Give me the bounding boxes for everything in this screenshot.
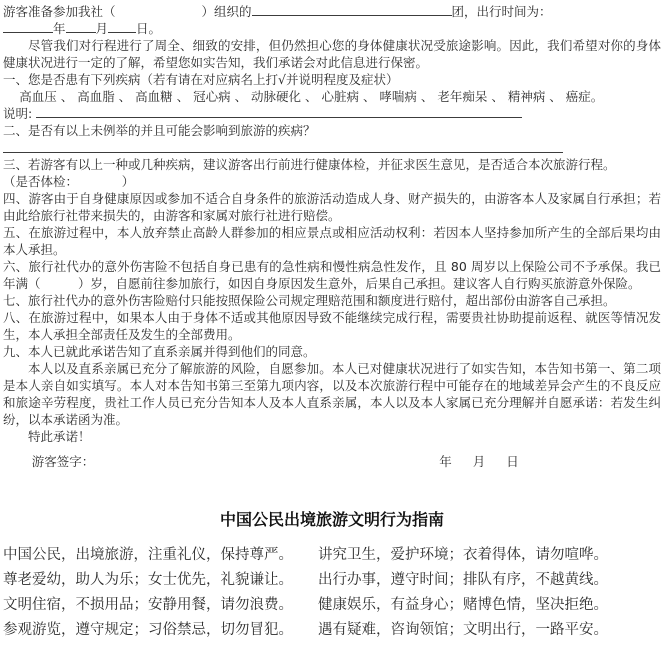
month-blank	[66, 20, 96, 33]
preamble-paragraph: 尽管我们对行程进行了周全、细致的安排，但仍然担心您的身体健康状况受旅途影响。因此…	[3, 37, 661, 71]
intro-line: 游客准备参加我社（）组织的团，出行时间为：	[3, 3, 661, 20]
item-4: 四、游客由于自身健康原因或参加不适合自身条件的旅游活动造成人身、财产损失的，由游…	[3, 190, 661, 224]
sig-month-label: 月	[473, 453, 486, 470]
item-9: 九、本人已就此承诺告知了直系亲属并得到他们的同意。	[3, 343, 661, 360]
item-5: 五、在旅游过程中，本人放弃禁止高龄人群参加的相应景点或相应活动权利：若因本人坚持…	[3, 224, 661, 258]
item-3: 三、若游客有以上一种或几种疾病，建议游客出行前进行健康体检，并征求医生意见，是否…	[3, 156, 661, 173]
intro-text-suffix: 团，出行时间为：	[452, 4, 552, 19]
guide-row-left: 文明住宿，不损用品；安静用餐，请勿浪费。	[3, 593, 318, 618]
civilized-travel-guide: 中国公民出境旅游文明行为指南 中国公民，出境旅游，注重礼仪，保持尊严。 讲究卫生…	[3, 507, 661, 643]
signature-label: 游客签字：	[32, 453, 95, 470]
sig-day-label: 日	[506, 453, 519, 470]
guide-row-right: 健康娱乐，有益身心；赌博色情，坚决拒绝。	[318, 593, 661, 618]
item-7: 七、旅行社代办的意外伤害险赔付只能按照保险公司规定理赔范围和额度进行赔付，超出部…	[3, 292, 661, 309]
guide-rows: 中国公民，出境旅游，注重礼仪，保持尊严。 讲究卫生，爱护环境；衣着得体，请勿喧哗…	[3, 543, 661, 643]
departure-date-line: 年月日。	[3, 20, 661, 37]
year-blank	[3, 20, 53, 33]
explain-line: 说明:	[3, 105, 661, 122]
month-label: 月	[96, 21, 109, 36]
item-8: 八、在旅游过程中，如果本人由于身体不适或其他原因导致不能继续完成行程，需要贵社协…	[3, 309, 661, 343]
guide-row-left: 中国公民，出境旅游，注重礼仪，保持尊严。	[3, 543, 318, 568]
guide-row: 尊老爱幼，助人为乐；女士优先，礼貌谦让。 出行办事，遵守时间；排队有序，不越黄线…	[3, 568, 661, 593]
item-1: 一、您是否患有下列疾病（若有请在对应病名上打√并说明程度及症状）	[3, 71, 661, 88]
disease-list: 高血压 、 高血脂 、 高血糖 、 冠心病 、 动脉硬化 、 心脏病 、 哮喘病…	[3, 88, 661, 105]
explain-blank	[36, 105, 522, 118]
guide-row-right: 遇有疑难，咨询领馆；文明出行，一路平安。	[318, 618, 661, 643]
item-2-answer-blank	[3, 139, 563, 153]
signature-row: 游客签字： 年 月 日	[3, 453, 661, 470]
guide-row: 中国公民，出境旅游，注重礼仪，保持尊严。 讲究卫生，爱护环境；衣着得体，请勿喧哗…	[3, 543, 661, 568]
intro-text-organized-by: ）组织的	[202, 4, 252, 19]
year-label: 年	[53, 21, 66, 36]
guide-title: 中国公民出境旅游文明行为指南	[3, 507, 661, 530]
commitment-paragraph: 本人以及直系亲属已充分了解旅游的风险，自愿参加。本人已对健康状况进行了如实告知，…	[3, 360, 661, 428]
intro-text-prefix: 游客准备参加我社（	[3, 4, 116, 19]
explain-label: 说明:	[3, 106, 32, 121]
guide-row-left: 参观游览，遵守规定；习俗禁忌，切勿冒犯。	[3, 618, 318, 643]
tour-name-blank	[252, 3, 452, 16]
agency-name-blank	[116, 4, 202, 16]
hereby-line: 特此承诺！	[3, 428, 661, 445]
guide-row-right: 出行办事，遵守时间；排队有序，不越黄线。	[318, 568, 661, 593]
day-label: 日。	[136, 21, 161, 36]
item-3-checkup-paren: （是否体检： ）	[3, 173, 661, 190]
item-6: 六、旅行社代办的意外伤害险不包括自身已患有的急性病和慢性病急性发作，且 80 周…	[3, 258, 661, 292]
day-blank	[108, 20, 136, 33]
guide-row-left: 尊老爱幼，助人为乐；女士优先，礼貌谦让。	[3, 568, 318, 593]
item-2: 二、是否有以上未例举的并且可能会影响到旅游的疾病？	[3, 122, 661, 139]
health-notice-document: 游客准备参加我社（）组织的团，出行时间为： 年月日。 尽管我们对行程进行了周全、…	[0, 0, 663, 654]
guide-row: 参观游览，遵守规定；习俗禁忌，切勿冒犯。 遇有疑难，咨询领馆；文明出行，一路平安…	[3, 618, 661, 643]
health-declaration-form: 游客准备参加我社（）组织的团，出行时间为： 年月日。 尽管我们对行程进行了周全、…	[3, 3, 661, 470]
guide-row: 文明住宿，不损用品；安静用餐，请勿浪费。 健康娱乐，有益身心；赌博色情，坚决拒绝…	[3, 593, 661, 618]
guide-row-right: 讲究卫生，爱护环境；衣着得体，请勿喧哗。	[318, 543, 661, 568]
sig-year-label: 年	[439, 453, 452, 470]
